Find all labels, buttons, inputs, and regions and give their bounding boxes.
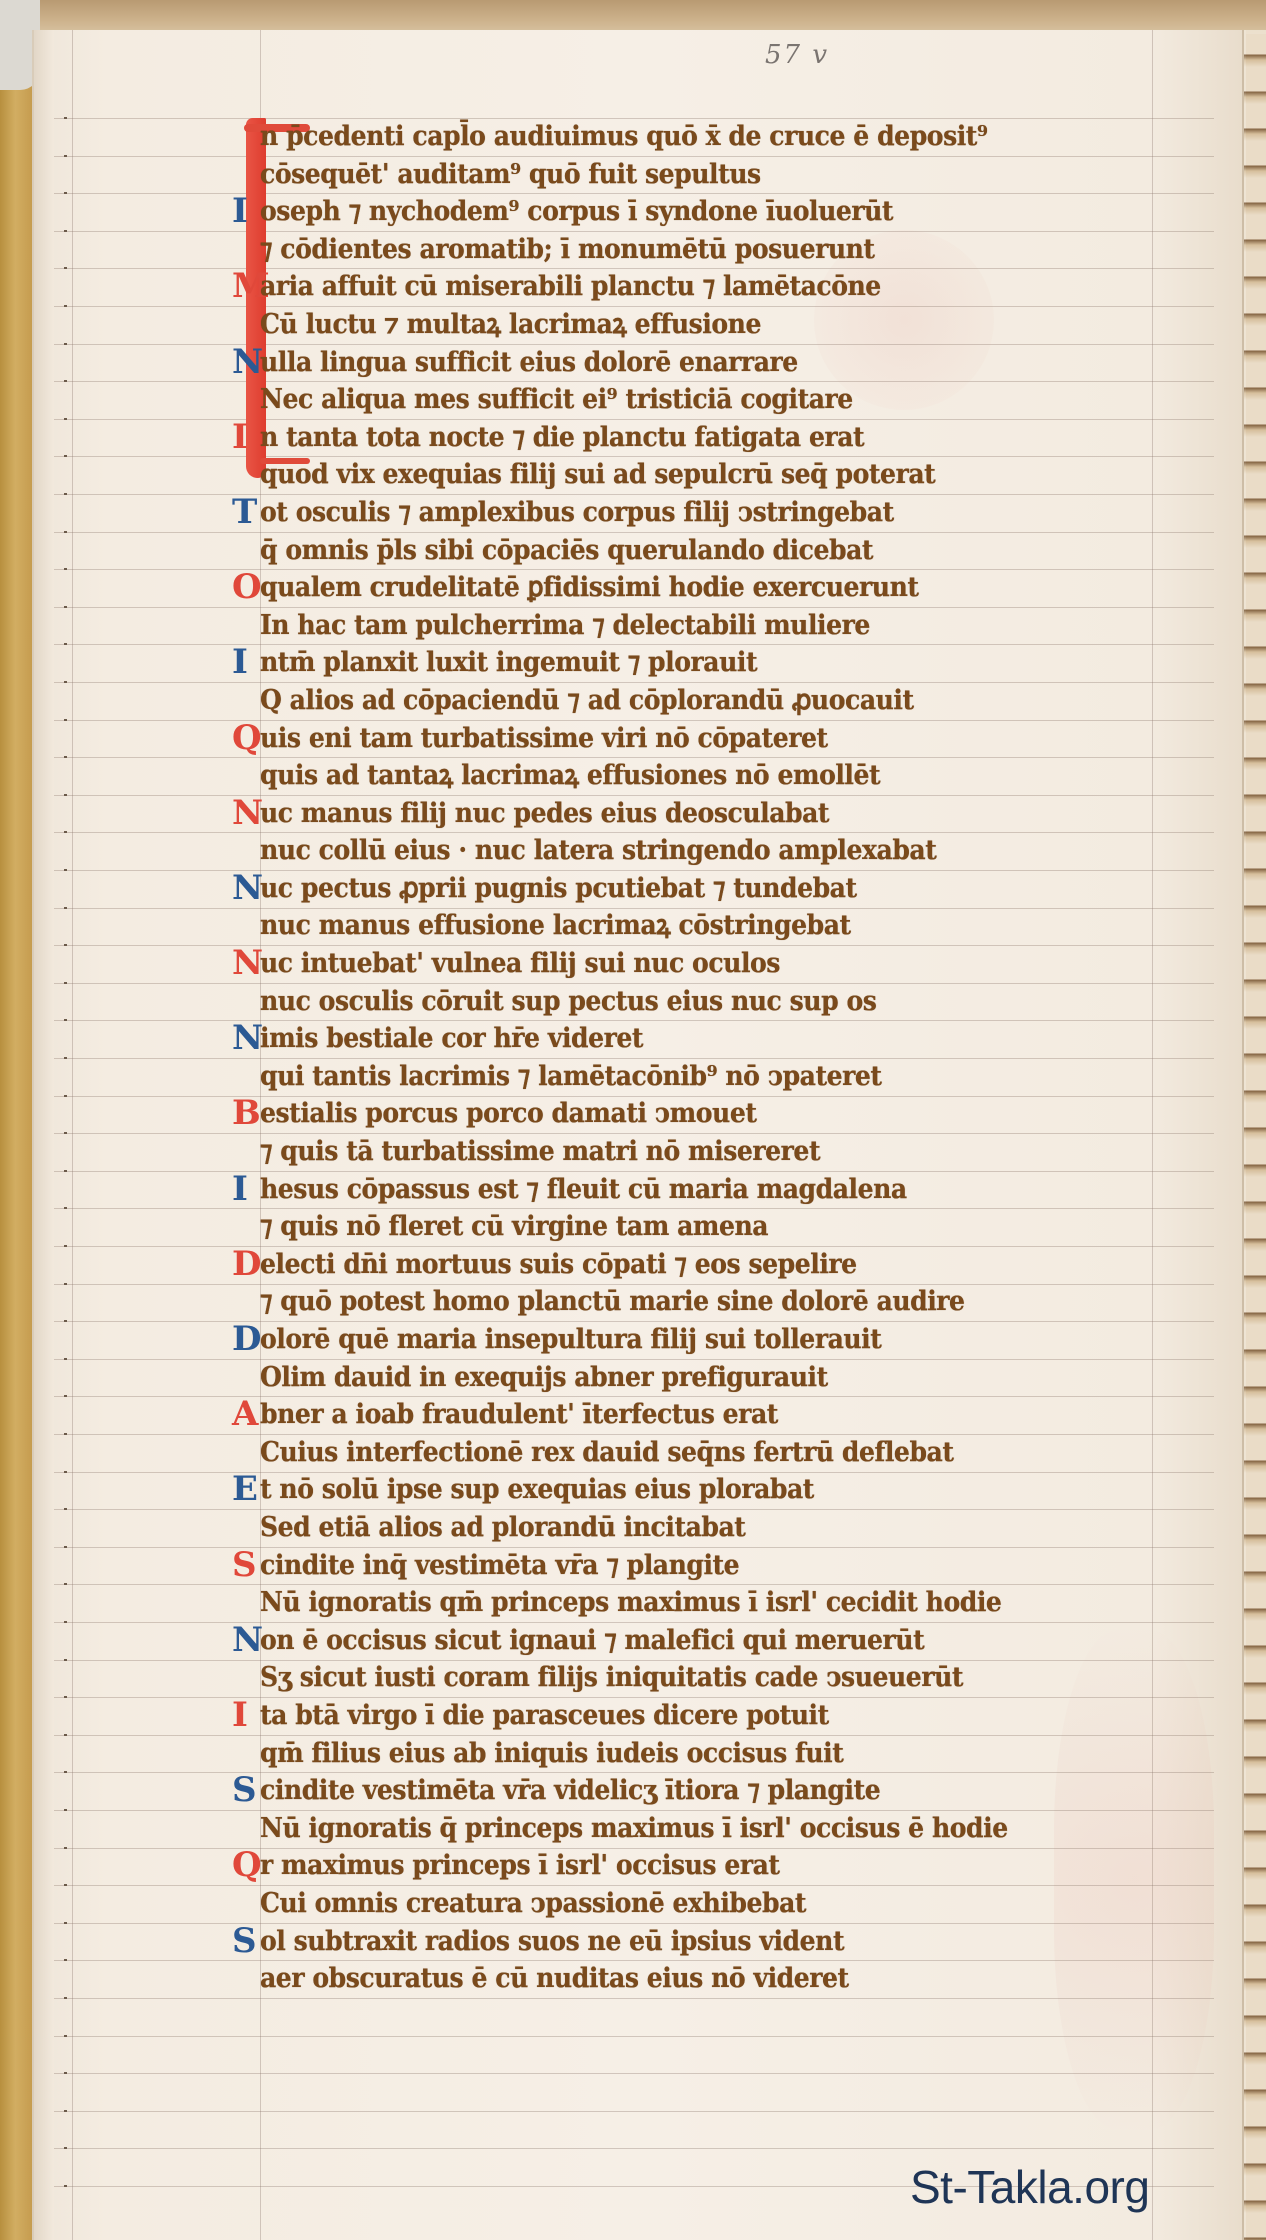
line-text: Nū ignoratis q̄ princeps maximus ī isrl'… [260,1810,1008,1848]
line-text: nuc manus effusione lacrimaꝝ cōstringeba… [260,907,851,945]
manuscript-line: quis ad tantaꝝ lacrimaꝝ effusiones nō em… [260,757,1190,795]
manuscript-line: Nuc pectus ꝓprii pugnis pcutiebat ⁊ tund… [260,870,1190,908]
manuscript-line: Olim dauid in exequijs abner prefiguraui… [260,1359,1190,1397]
manuscript-line: Q alios ad cōpaciendū ⁊ ad cōplorandū ꝓu… [260,682,1190,720]
line-text: nuc osculis cōruit sup pectus eius nuc s… [260,983,876,1021]
pricking-mark [64,869,67,871]
ruling-line [54,2148,1214,2149]
pricking-mark [64,568,67,570]
pricking-mark [64,192,67,194]
manuscript-line: quod vix exequias filij sui ad sepulcrū … [260,456,1190,494]
pricking-mark [64,982,67,984]
line-text: electi dn̄i mortuus suis cōpati ⁊ eos se… [260,1246,857,1284]
pricking-mark [64,643,67,645]
pricking-mark [64,1508,67,1510]
pricking-mark [64,794,67,796]
manuscript-line: In hac tam pulcherrima ⁊ delectabili mul… [260,607,1190,645]
initial-red: O [232,569,262,606]
pricking-mark [64,1771,67,1773]
line-text: ulla lingua sufficit eius dolorē enarrar… [260,344,798,382]
manuscript-line: Nimis bestiale cor hr̄e videret [260,1020,1190,1058]
line-text: Sed etiā alios ad plorandū incitabat [260,1509,745,1547]
initial-blue: E [232,1471,258,1508]
pricking-mark [64,2185,67,2187]
pricking-mark [64,1358,67,1360]
pricking-mark [64,1245,67,1247]
pricking-mark [64,531,67,533]
line-text: n p̄cedenti capl̄o audiuimus quō x̄ de c… [260,118,987,156]
pricking-mark [64,756,67,758]
pricking-mark [64,606,67,608]
manuscript-line: Et nō solū ipse sup exequias eius plorab… [260,1471,1190,1509]
pricking-mark [64,343,67,345]
pricking-mark [64,1019,67,1021]
pricking-mark [64,2147,67,2149]
manuscript-line: nuc collū eius · nuc latera stringendo a… [260,832,1190,870]
line-text: oseph ⁊ nychodem⁹ corpus ī syndone īuolu… [260,193,893,231]
manuscript-line: Maria affuit cū miserabili planctu ⁊ lam… [260,268,1190,306]
initial-blue: N [232,1622,263,1659]
line-text: Cui omnis creatura ↄpassionē exhibebat [260,1885,806,1923]
manuscript-line: Scindite inq̄ vestimēta vr̄a ⁊ plangite [260,1547,1190,1585]
manuscript-line: Ioseph ⁊ nychodem⁹ corpus ī syndone īuol… [260,193,1190,231]
manuscript-line: Nū ignoratis qm̄ princeps maximus ī isrl… [260,1584,1190,1622]
line-text: cindite inq̄ vestimēta vr̄a ⁊ plangite [260,1547,739,1585]
pricking-mark [64,1997,67,1999]
pricking-mark [64,1471,67,1473]
initial-blue: I [232,1171,248,1208]
manuscript-line: Cū luctu ⁊ multaꝝ lacrimaꝝ effusione [260,306,1190,344]
line-text: qm̄ filius eius ab iniquis iudeis occisu… [260,1735,843,1773]
pricking-mark [64,907,67,909]
initial-blue: N [232,870,263,907]
line-text: ⁊ quis nō fleret cū virgine tam amena [260,1208,768,1246]
manuscript-text-block: n p̄cedenti capl̄o audiuimus quō x̄ de c… [260,118,1190,1998]
line-text: nuc collū eius · nuc latera stringendo a… [260,832,936,870]
manuscript-line: Cui omnis creatura ↄpassionē exhibebat [260,1885,1190,1923]
manuscript-line: Ita btā virgo ī die parasceues dicere po… [260,1697,1190,1735]
initial-blue: I [232,644,248,681]
ruling-line [54,2073,1214,2074]
pricking-mark [64,1659,67,1661]
initial-red: Q [232,1847,262,1884]
initial-red: S [232,1547,257,1584]
line-text: cindite vestimēta vr̄a videlicʒ ītiora ⁊… [260,1772,880,1810]
initial-blue: S [232,1923,257,1960]
manuscript-line: ⁊ quis tā turbatissime matri nō miserere… [260,1133,1190,1171]
line-text: t nō solū ipse sup exequias eius ploraba… [260,1471,814,1509]
manuscript-line: Bestialis porcus porco damati ↄmouet [260,1095,1190,1133]
pricking-mark [64,1170,67,1172]
pricking-mark [64,1057,67,1059]
pricking-mark [64,1207,67,1209]
manuscript-line: Scindite vestimēta vr̄a videlicʒ ītiora … [260,1772,1190,1810]
pricking-mark [64,380,67,382]
manuscript-line: Nuc manus filij nuc pedes eius deosculab… [260,795,1190,833]
line-text: qui tantis lacrimis ⁊ lamētacōnib⁹ nō ↄp… [260,1058,882,1096]
pricking-mark [64,230,67,232]
pricking-mark [64,1320,67,1322]
line-text: q̄ omnis p̄ls sibi cōpaciēs querulando d… [260,532,873,570]
pricking-mark [64,155,67,157]
manuscript-line: nuc manus effusione lacrimaꝝ cōstringeba… [260,907,1190,945]
pricking-mark [64,1546,67,1548]
pricking-mark [64,1922,67,1924]
line-text: Cū luctu ⁊ multaꝝ lacrimaꝝ effusione [260,306,761,344]
line-text: uc manus filij nuc pedes eius deosculaba… [260,795,829,833]
manuscript-line: Nec aliqua mes sufficit ei⁹ tristiciā co… [260,381,1190,419]
manuscript-line: qm̄ filius eius ab iniquis iudeis occisu… [260,1735,1190,1773]
manuscript-line: Nū ignoratis q̄ princeps maximus ī isrl'… [260,1810,1190,1848]
initial-blue: I [232,193,248,230]
manuscript-line: qui tantis lacrimis ⁊ lamētacōnib⁹ nō ↄp… [260,1058,1190,1096]
line-text: bner a ioab fraudulent' īterfectus erat [260,1396,778,1434]
line-text: olorē quē maria insepultura filij sui to… [260,1321,881,1359]
initial-red: B [232,1095,261,1132]
ruling-line [54,2111,1214,2112]
manuscript-line: Sed etiā alios ad plorandū incitabat [260,1509,1190,1547]
manuscript-line: Delecti dn̄i mortuus suis cōpati ⁊ eos s… [260,1246,1190,1284]
line-text: ot osculis ⁊ amplexibus corpus filij ↄst… [260,494,894,532]
pricking-mark [64,305,67,307]
initial-red: N [232,945,263,982]
line-text: ⁊ cōdientes aromatib; ī monumētū posueru… [260,231,875,269]
pricking-mark [64,2035,67,2037]
initial-blue: N [232,1020,263,1057]
initial-red: A [232,1396,258,1433]
line-text: r maximus princeps ī isrl' occisus erat [260,1847,780,1885]
line-text: Olim dauid in exequijs abner prefiguraui… [260,1359,828,1397]
manuscript-line: Ihesus cōpassus est ⁊ fleuit cū maria ma… [260,1171,1190,1209]
line-text: imis bestiale cor hr̄e videret [260,1020,643,1058]
initial-red: N [232,795,263,832]
pricking-mark [64,493,67,495]
line-text: Q alios ad cōpaciendū ⁊ ad cōplorandū ꝓu… [260,682,914,720]
initial-red: I [232,419,248,456]
initial-red: Q [232,720,262,757]
manuscript-line: q̄ omnis p̄ls sibi cōpaciēs querulando d… [260,532,1190,570]
line-text: uc pectus ꝓprii pugnis pcutiebat ⁊ tunde… [260,870,857,908]
line-text: ⁊ quō potest homo planctū marie sine dol… [260,1283,965,1321]
pricking-mark [64,1734,67,1736]
ruling-line [54,2036,1214,2037]
pricking-mark [64,455,67,457]
pricking-mark [64,719,67,721]
outer-margin-rule [72,30,73,2240]
pricking-mark [64,1884,67,1886]
line-text: quis ad tantaꝝ lacrimaꝝ effusiones nō em… [260,757,880,795]
line-text: Nū ignoratis qm̄ princeps maximus ī isrl… [260,1584,1001,1622]
manuscript-line: In tanta tota nocte ⁊ die planctu fatiga… [260,419,1190,457]
manuscript-line: nuc osculis cōruit sup pectus eius nuc s… [260,983,1190,1021]
line-text: estialis porcus porco damati ↄmouet [260,1095,756,1133]
page-gutter-edge [34,30,54,2240]
manuscript-line: Abner a ioab fraudulent' īterfectus erat [260,1396,1190,1434]
pricking-mark [64,1395,67,1397]
manuscript-line: Tot osculis ⁊ amplexibus corpus filij ↄs… [260,494,1190,532]
manuscript-line: ⁊ cōdientes aromatib; ī monumētū posueru… [260,231,1190,269]
manuscript-line: Qr maximus princeps ī isrl' occisus erat [260,1847,1190,1885]
manuscript-line: ⁊ quis nō fleret cū virgine tam amena [260,1208,1190,1246]
initial-blue: S [232,1772,257,1809]
manuscript-line: cōsequēt' auditam⁹ quō fuit sepultus [260,156,1190,194]
line-text: aer obscuratus ē cū nuditas eius nō vide… [260,1960,849,1998]
line-text: hesus cōpassus est ⁊ fleuit cū maria mag… [260,1171,907,1209]
pricking-mark [64,1696,67,1698]
ruling-line [54,1998,1214,1999]
manuscript-line: n p̄cedenti capl̄o audiuimus quō x̄ de c… [260,118,1190,156]
initial-blue: T [232,494,257,531]
manuscript-line: Non ē occisus sicut ignaui ⁊ malefici qu… [260,1622,1190,1660]
manuscript-line: Oqualem crudelitatē ꝑfidissimi hodie exe… [260,569,1190,607]
pricking-mark [64,1809,67,1811]
pricking-mark [64,1847,67,1849]
line-text: cōsequēt' auditam⁹ quō fuit sepultus [260,156,761,194]
initial-red: I [232,1697,248,1734]
pricking-mark [64,1283,67,1285]
pricking-mark [64,681,67,683]
line-text: ntm̄ planxit luxit ingemuit ⁊ plorauit [260,644,757,682]
manuscript-line: Nuc intuebat' vulnea filij sui nuc oculo… [260,945,1190,983]
line-text: Nec aliqua mes sufficit ei⁹ tristiciā co… [260,381,853,419]
manuscript-line: Nulla lingua sufficit eius dolorē enarra… [260,344,1190,382]
line-text: n tanta tota nocte ⁊ die planctu fatigat… [260,419,864,457]
manuscript-line: aer obscuratus ē cū nuditas eius nō vide… [260,1960,1190,1998]
line-text: ta btā virgo ī die parasceues dicere pot… [260,1697,829,1735]
pricking-mark [64,1959,67,1961]
line-text: qualem crudelitatē ꝑfidissimi hodie exer… [260,569,918,607]
manuscript-line: ⁊ quō potest homo planctū marie sine dol… [260,1283,1190,1321]
line-text: uc intuebat' vulnea filij sui nuc oculos [260,945,780,983]
manuscript-line: Sʒ sicut iusti coram filijs iniquitatis … [260,1659,1190,1697]
manuscript-line: Sol subtraxit radios suos ne eū ipsius v… [260,1923,1190,1961]
line-text: uis eni tam turbatissime viri nō cōpater… [260,720,828,758]
pricking-mark [64,1433,67,1435]
pricking-mark [64,2072,67,2074]
line-text: on ē occisus sicut ignaui ⁊ malefici qui… [260,1622,924,1660]
pricking-mark [64,267,67,269]
binding-top-edge [0,0,1266,34]
watermark: St-Takla.org [910,2160,1149,2214]
manuscript-line: Dolorē quē maria insepultura filij sui t… [260,1321,1190,1359]
pricking-mark [64,2110,67,2112]
pricking-mark [64,1132,67,1134]
pricking-mark [64,418,67,420]
pricking-mark [64,944,67,946]
folio-number: 57 v [765,40,829,70]
facing-page-edge [1242,30,1266,2240]
line-text: ol subtraxit radios suos ne eū ipsius vi… [260,1923,844,1961]
pricking-mark [64,831,67,833]
pricking-mark [64,1621,67,1623]
manuscript-line: Cuius interfectionē rex dauid seq̄ns fer… [260,1434,1190,1472]
pricking-mark [64,1095,67,1097]
manuscript-line: Intm̄ planxit luxit ingemuit ⁊ plorauit [260,644,1190,682]
pricking-mark [64,117,67,119]
manuscript-line: Quis eni tam turbatissime viri nō cōpate… [260,720,1190,758]
line-text: ⁊ quis tā turbatissime matri nō miserere… [260,1133,820,1171]
line-text: aria affuit cū miserabili planctu ⁊ lamē… [260,268,881,306]
binding-left-edge [0,0,34,2240]
line-text: Cuius interfectionē rex dauid seq̄ns fer… [260,1434,953,1472]
initial-blue: N [232,344,263,381]
line-text: quod vix exequias filij sui ad sepulcrū … [260,456,935,494]
line-text: In hac tam pulcherrima ⁊ delectabili mul… [260,607,870,645]
initial-blue: D [232,1321,261,1358]
pricking-mark [64,1583,67,1585]
initial-red: D [232,1246,261,1283]
line-text: Sʒ sicut iusti coram filijs iniquitatis … [260,1659,963,1697]
